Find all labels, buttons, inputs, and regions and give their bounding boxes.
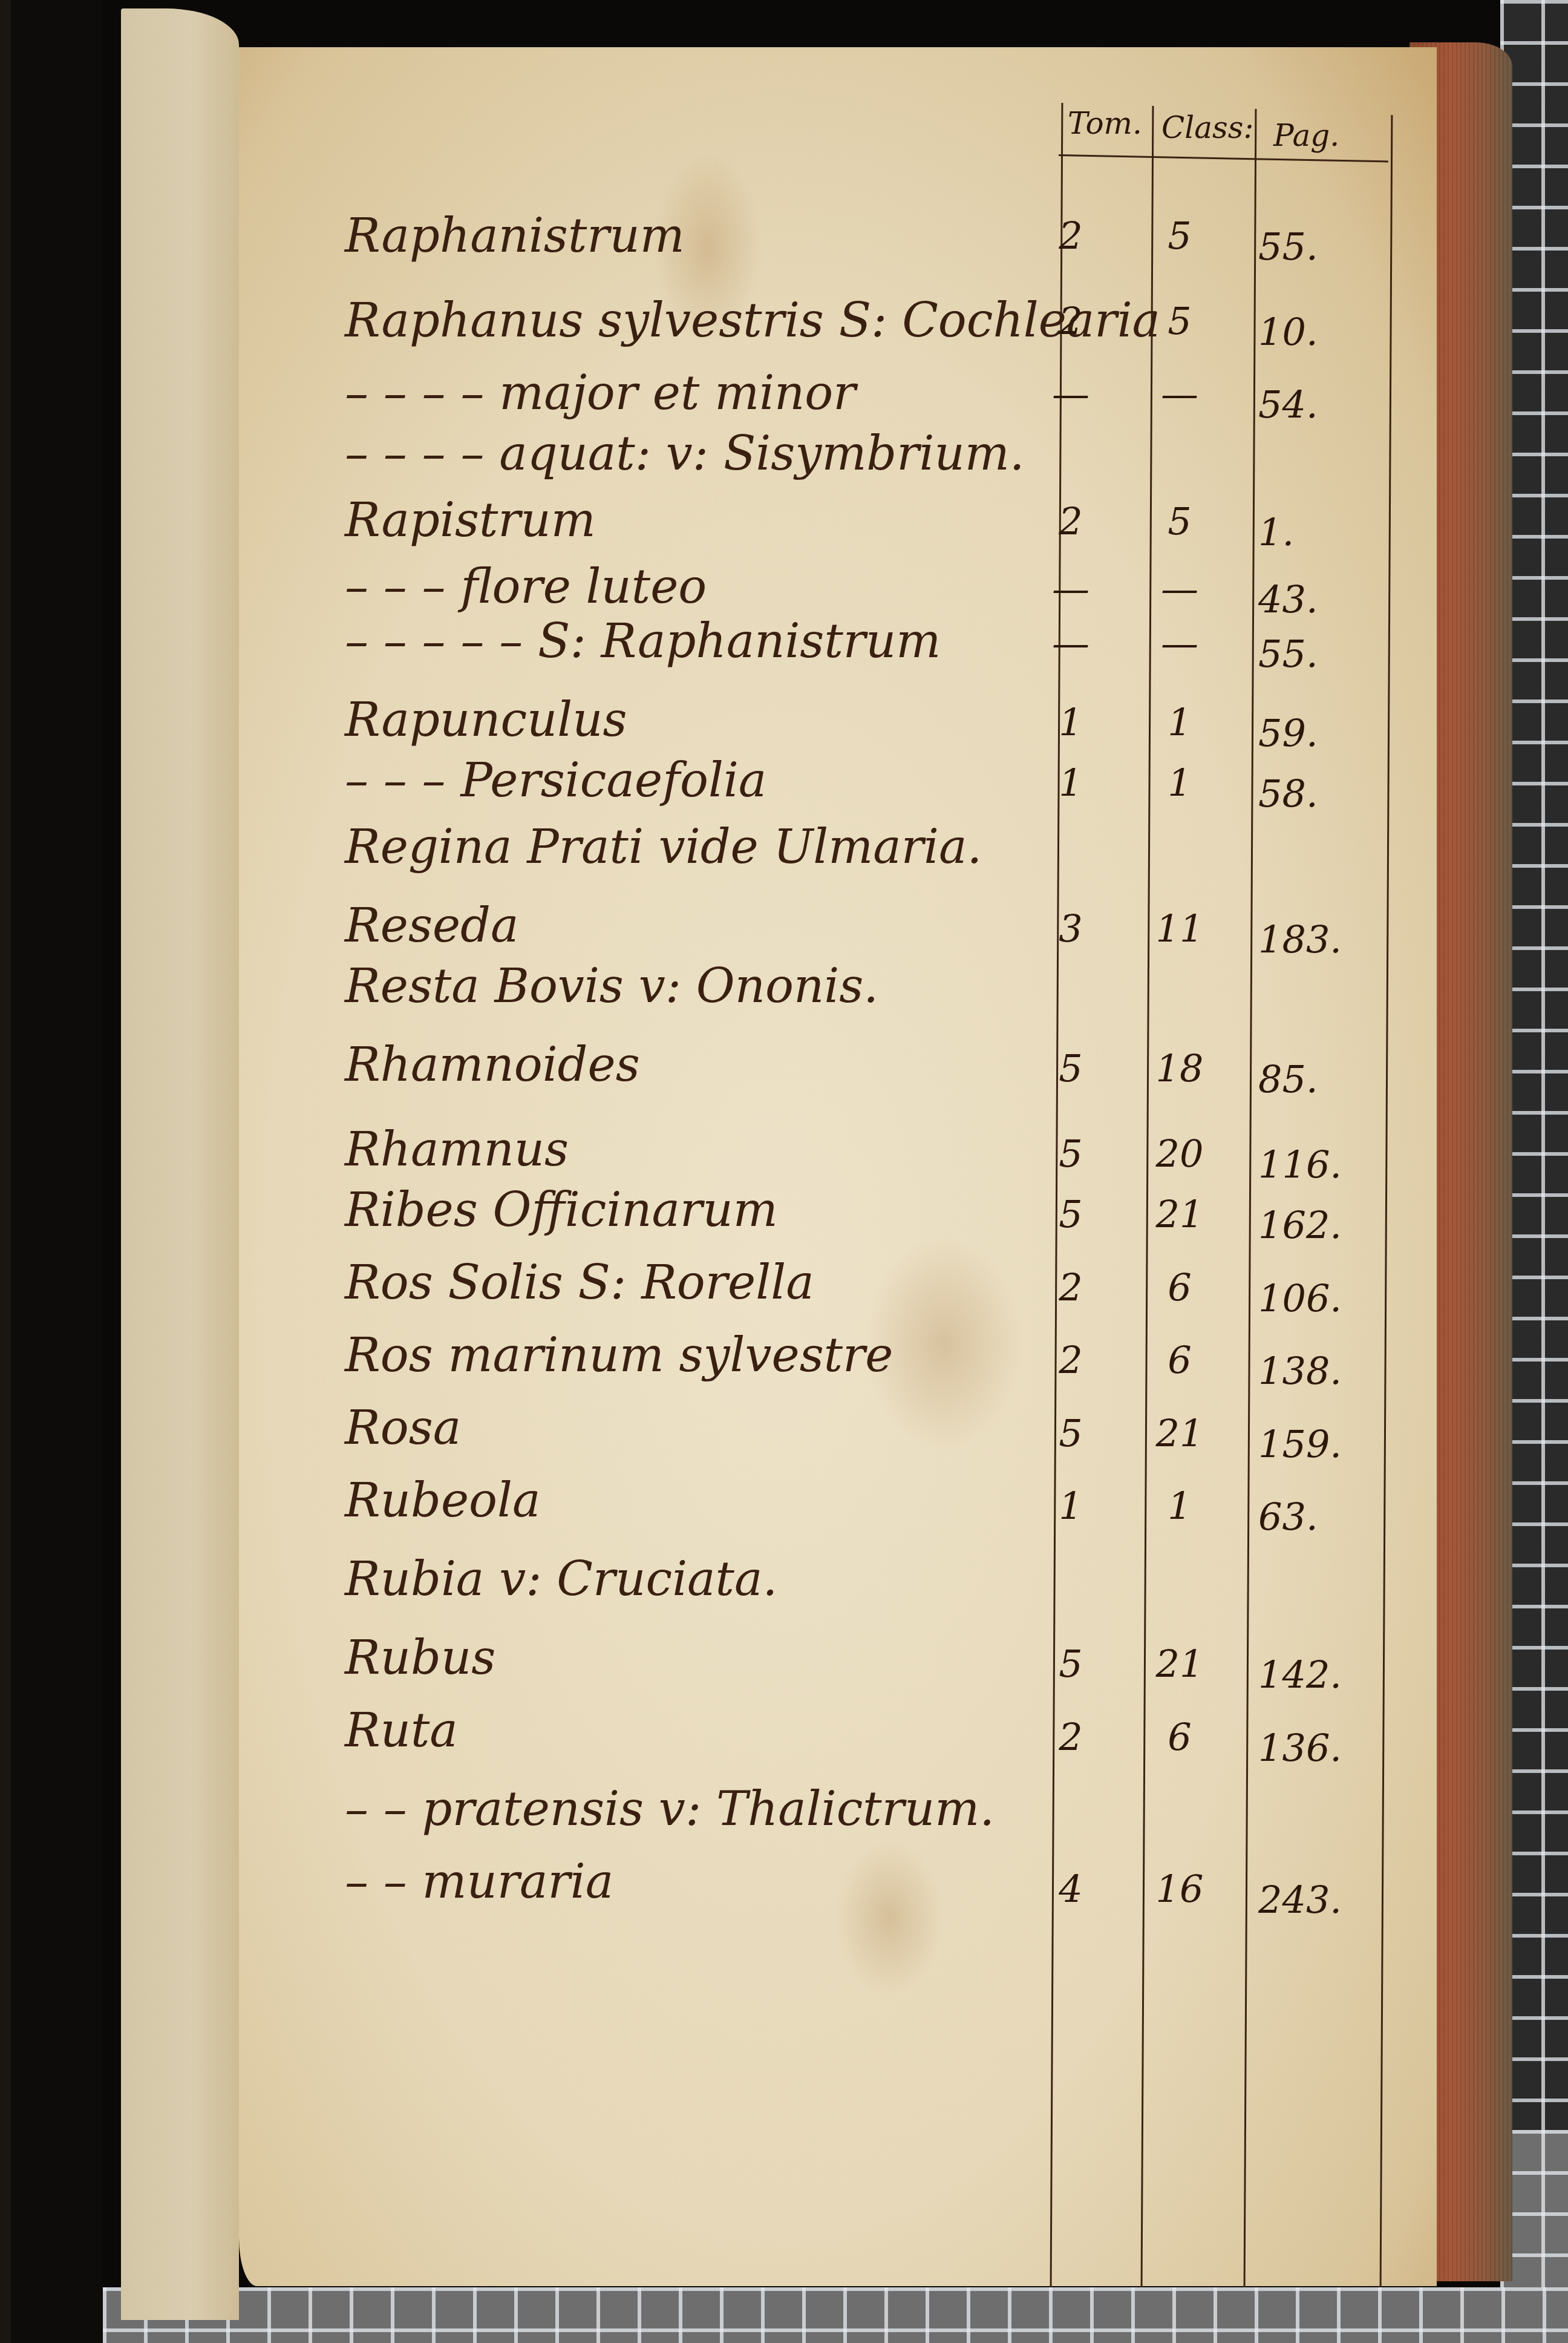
index-entry-page-cell: 85. bbox=[1246, 1037, 1385, 1122]
index-entry-term: Ruta bbox=[345, 1688, 1028, 1773]
index-entry-tom-cell: 2 bbox=[1031, 1318, 1110, 1403]
index-entry-class-cell: 16 bbox=[1113, 1847, 1246, 1932]
index-entry-tom-cell: 5 bbox=[1031, 1391, 1110, 1476]
index-entry-term: Regina Prati vide Ulmaria. bbox=[345, 805, 1028, 890]
index-entry-page-cell bbox=[1246, 1554, 1385, 1639]
book-cover-edge bbox=[0, 0, 11, 2343]
index-entry-tom-cell: 2 bbox=[1031, 194, 1110, 278]
index-entry-tom-cell bbox=[1031, 808, 1110, 893]
index-entry-term: Rubeola bbox=[345, 1458, 1028, 1543]
index-entry-tom-cell: — bbox=[1031, 601, 1110, 686]
cutting-mat-bottom bbox=[103, 2287, 1568, 2343]
column-header-tom: Tom. bbox=[1068, 106, 1142, 141]
index-entry-page-cell: 243. bbox=[1246, 1858, 1385, 1942]
flyleaf-page bbox=[121, 8, 239, 2320]
index-entry-tom-cell bbox=[1031, 948, 1110, 1032]
index-entry-term: – – pratensis v: Thalictrum. bbox=[345, 1767, 1028, 1852]
index-entry-page-cell: 106. bbox=[1246, 1256, 1385, 1341]
index-entry-class-cell: 6 bbox=[1113, 1318, 1246, 1403]
index-entry-page-cell bbox=[1246, 1784, 1385, 1869]
index-entry-term: Rhamnoides bbox=[345, 1023, 1028, 1107]
index-entry-class-cell bbox=[1113, 948, 1246, 1032]
index-entry-tom-cell: 2 bbox=[1031, 279, 1110, 364]
index-entry-page-cell bbox=[1246, 819, 1385, 903]
index-entry-tom-cell bbox=[1031, 1543, 1110, 1628]
index-entry-term: – – muraria bbox=[345, 1840, 1028, 1924]
index-entry-term: Rubia v: Cruciata. bbox=[345, 1537, 1028, 1622]
index-entry-class-cell bbox=[1113, 1774, 1246, 1858]
index-entry-page-cell: 142. bbox=[1246, 1633, 1385, 1717]
index-entry-page-cell: 159. bbox=[1246, 1402, 1385, 1487]
index-entry-class-cell: 1 bbox=[1113, 1464, 1246, 1548]
column-header-pag: Pag. bbox=[1273, 118, 1339, 153]
index-entry-class-cell: — bbox=[1113, 601, 1246, 686]
index-entry-class-cell: 5 bbox=[1113, 194, 1246, 278]
index-entry-class-cell: 6 bbox=[1113, 1245, 1246, 1330]
index-entry-term: Raphanus sylvestris S: Cochlearia bbox=[345, 278, 1028, 363]
index-entry-class-cell: 21 bbox=[1113, 1622, 1246, 1706]
index-entry-tom-cell: 5 bbox=[1031, 1622, 1110, 1706]
index-entry-page-cell: 63. bbox=[1246, 1475, 1385, 1559]
index-entry-page-cell: 162. bbox=[1246, 1183, 1385, 1268]
index-entry-term: Raphanistrum bbox=[345, 194, 1028, 278]
index-entry-tom-cell: 5 bbox=[1031, 1172, 1110, 1257]
book-cover-left bbox=[0, 0, 103, 2343]
index-entry-tom-cell: 4 bbox=[1031, 1847, 1110, 1932]
index-entry-page-cell: 55. bbox=[1246, 612, 1385, 696]
index-entry-class-cell: 6 bbox=[1113, 1695, 1246, 1780]
index-entry-page-cell bbox=[1246, 958, 1385, 1043]
index-entry-class-cell: 21 bbox=[1113, 1172, 1246, 1257]
index-entry-tom-cell: 1 bbox=[1031, 1464, 1110, 1548]
index-entry-tom-cell bbox=[1031, 1774, 1110, 1858]
index-entry-tom-cell: 2 bbox=[1031, 1695, 1110, 1780]
index-entry-term: Ribes Officinarum bbox=[345, 1168, 1028, 1253]
index-entry-page-cell: 136. bbox=[1246, 1706, 1385, 1791]
index-entry-term: Resta Bovis v: Ononis. bbox=[345, 944, 1028, 1029]
index-entry-tom-cell: 5 bbox=[1031, 1026, 1110, 1111]
index-entry-term: – – – – – S: Raphanistrum bbox=[345, 599, 1028, 684]
index-entry-page-cell: 55. bbox=[1246, 205, 1385, 289]
index-entry-class-cell: 21 bbox=[1113, 1391, 1246, 1476]
index-entry-term: Ros marinum sylvestre bbox=[345, 1313, 1028, 1398]
index-entry-page-cell: 10. bbox=[1246, 290, 1385, 375]
index-entry-tom-cell: 2 bbox=[1031, 1245, 1110, 1330]
index-entry-class-cell: 18 bbox=[1113, 1026, 1246, 1111]
index-entry-class-cell bbox=[1113, 1543, 1246, 1628]
column-header-class: Class: bbox=[1161, 110, 1253, 145]
index-entry-term: Rosa bbox=[345, 1386, 1028, 1470]
index-entry-term: Ros Solis S: Rorella bbox=[345, 1240, 1028, 1325]
index-entry-term: Rubus bbox=[345, 1616, 1028, 1700]
index-entry-class-cell bbox=[1113, 808, 1246, 893]
index-entry-class-cell: 5 bbox=[1113, 279, 1246, 364]
index-entry-page-cell: 138. bbox=[1246, 1329, 1385, 1414]
